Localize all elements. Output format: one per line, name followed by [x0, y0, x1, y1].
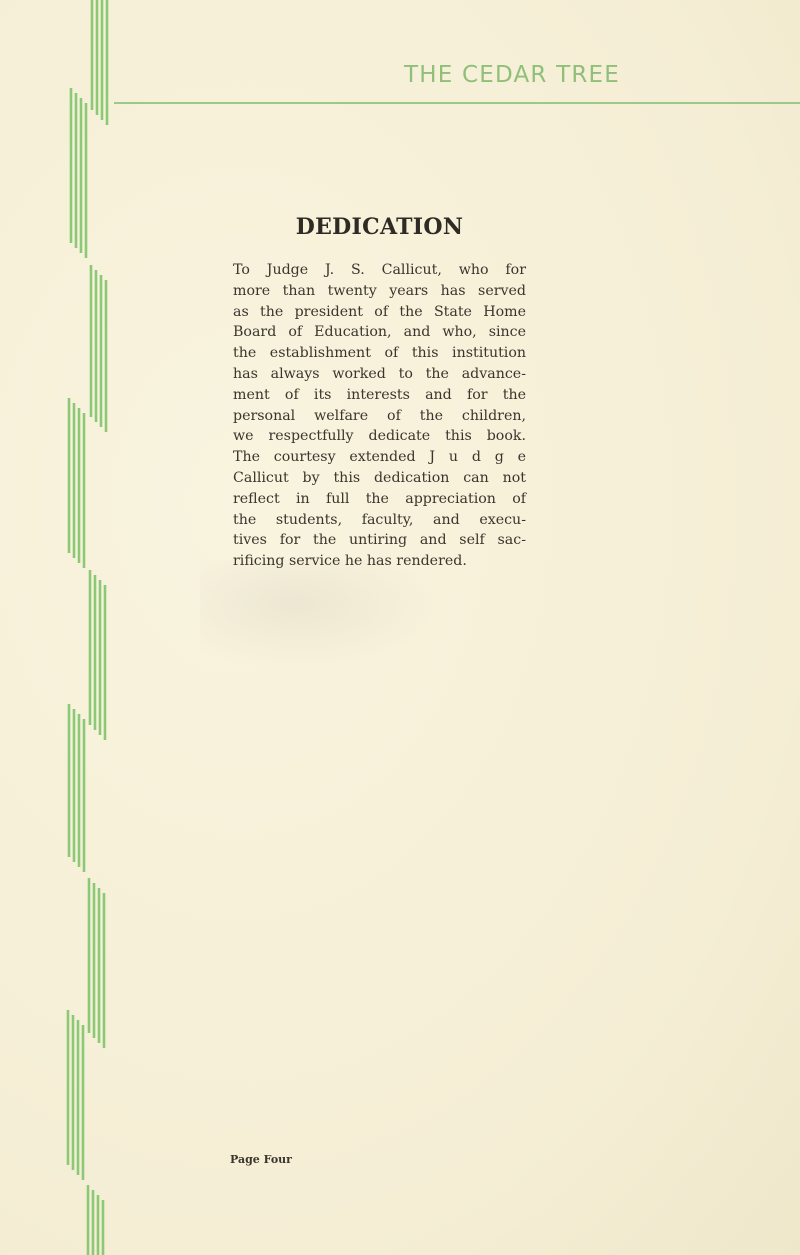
text-line: To Judge J. S. Callicut, who for: [233, 260, 526, 281]
text-line: The courtesy extended J u d g e: [233, 447, 526, 468]
paper-smudge: [200, 560, 440, 670]
text-line: as the president of the State Home: [233, 302, 526, 323]
text-line: the establishment of this institution: [233, 343, 526, 364]
text-line: more than twenty years has served: [233, 281, 526, 302]
text-line: we respectfully dedicate this book.: [233, 426, 526, 447]
text-line: Board of Education, and who, since: [233, 322, 526, 343]
dedication-text: To Judge J. S. Callicut, who for more th…: [233, 260, 526, 572]
text-line: has always worked to the advance-: [233, 364, 526, 385]
text-line: personal welfare of the children,: [233, 406, 526, 427]
publication-title: THE CEDAR TREE: [404, 62, 620, 88]
header-divider: [114, 102, 800, 104]
text-line: tives for the untiring and self sac-: [233, 530, 526, 551]
text-line: Callicut by this dedication can not: [233, 468, 526, 489]
page-number: Page Four: [230, 1153, 292, 1166]
decorative-stripe-border: [0, 0, 130, 1255]
text-line: rificing service he has rendered.: [233, 551, 526, 572]
page-title: DEDICATION: [232, 214, 527, 240]
text-line: the students, faculty, and execu-: [233, 510, 526, 531]
text-line: reflect in full the appreciation of: [233, 489, 526, 510]
text-line: ment of its interests and for the: [233, 385, 526, 406]
